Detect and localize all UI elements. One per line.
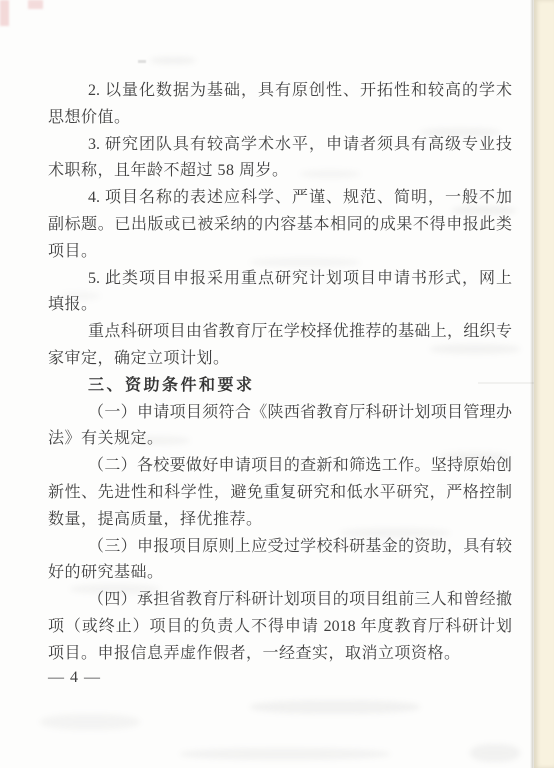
text-line: （二）各校要做好申请项目的查新和筛选工作。坚持原始创 [48,453,512,480]
text-line: 填报。 [48,292,512,319]
text-line: 项（或终止）项目的负责人不得申请 2018 年度教育厅科研计划 [48,614,512,641]
text-line: 副标题。已出版或已被采纳的内容基本相同的成果不得申报此类 [48,212,512,239]
text-line: 法》有关规定。 [48,426,512,453]
text-line: 思想价值。 [48,105,512,132]
text-line: （四）承担省教育厅科研计划项目的项目组前三人和曾经撤 [48,587,512,614]
scan-speck [138,60,146,63]
paragraph: 2. 以量化数据为基础，具有原创性、开拓性和较高的学术思想价值。 [48,78,512,132]
scan-background-strip [534,0,554,768]
paragraph: 4. 项目名称的表述应科学、严谨、规范、简明，一般不加副标题。已出版或已被采纳的… [48,185,512,265]
page-edge-line [530,0,534,768]
paragraph: 重点科研项目由省教育厅在学校择优推荐的基础上，组织专家审定，确定立项计划。 [48,319,512,373]
text-line: 重点科研项目由省教育厅在学校择优推荐的基础上，组织专 [48,319,512,346]
text-line: （三）申报项目原则上应受过学校科研基金的资助，具有较 [48,534,512,561]
text-line: 3. 研究团队具有较高学术水平，申请者须具有高级专业技 [48,132,512,159]
text-line: 数量，提高质量，择优推荐。 [48,507,512,534]
text-line: 项目。申报信息弄虚作假者，一经查实，取消立项资格。 [48,641,512,668]
scan-artifact-mark [0,0,9,26]
page-number: — 4 — [48,665,101,692]
document-body: 2. 以量化数据为基础，具有原创性、开拓性和较高的学术思想价值。3. 研究团队具… [48,78,512,668]
bleedthrough-smudge [180,748,390,760]
text-line: 新性、先进性和科学性，避免重复研究和低水平研究，严格控制 [48,480,512,507]
bleedthrough-smudge [150,57,196,64]
section-heading: 三、资助条件和要求 [48,373,512,400]
scan-artifact-mark [28,0,43,9]
text-line: 好的研究基础。 [48,560,512,587]
paragraph: （三）申报项目原则上应受过学校科研基金的资助，具有较好的研究基础。 [48,534,512,588]
paragraph: （四）承担省教育厅科研计划项目的项目组前三人和曾经撤项（或终止）项目的负责人不得… [48,587,512,667]
text-line: 4. 项目名称的表述应科学、严谨、规范、简明，一般不加 [48,185,512,212]
text-line: 家审定，确定立项计划。 [48,346,512,373]
text-line: 术职称，且年龄不超过 58 周岁。 [48,158,512,185]
text-line: 三、资助条件和要求 [48,373,512,400]
bleedthrough-smudge [470,744,520,762]
bleedthrough-smudge [250,700,420,714]
text-line: 2. 以量化数据为基础，具有原创性、开拓性和较高的学术 [48,78,512,105]
paragraph: （一）申请项目须符合《陕西省教育厅科研计划项目管理办法》有关规定。 [48,400,512,454]
text-line: 5. 此类项目申报采用重点研究计划项目申请书形式，网上 [48,266,512,293]
paragraph: 5. 此类项目申报采用重点研究计划项目申请书形式，网上填报。 [48,266,512,320]
paragraph: 3. 研究团队具有较高学术水平，申请者须具有高级专业技术职称，且年龄不超过 58… [48,132,512,186]
scanned-document-page: 2. 以量化数据为基础，具有原创性、开拓性和较高的学术思想价值。3. 研究团队具… [0,0,554,768]
text-line: 项目。 [48,239,512,266]
bleedthrough-smudge [40,714,140,730]
text-line: （一）申请项目须符合《陕西省教育厅科研计划项目管理办 [48,400,512,427]
paragraph: （二）各校要做好申请项目的查新和筛选工作。坚持原始创新性、先进性和科学性，避免重… [48,453,512,533]
